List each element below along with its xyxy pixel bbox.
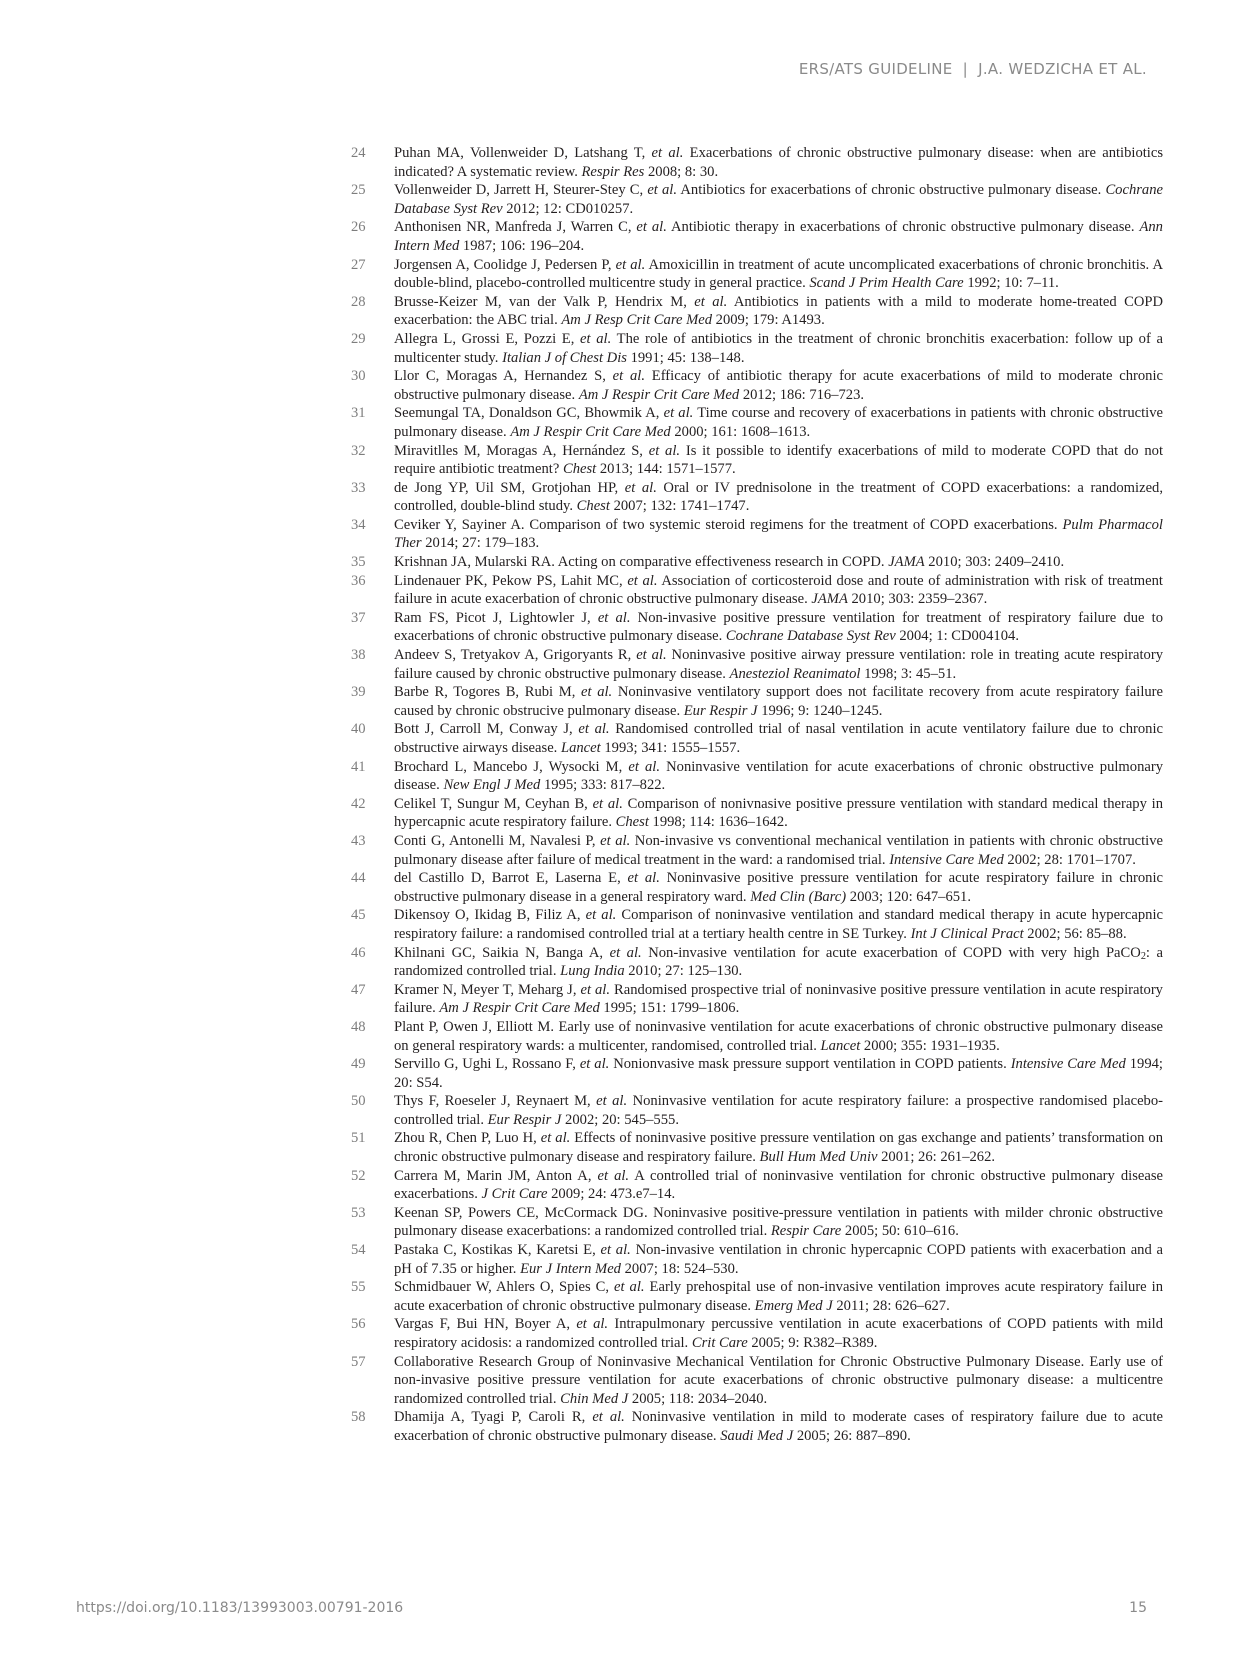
reference-item: 34Ceviker Y, Sayiner A. Comparison of tw… — [351, 516, 1163, 553]
reference-text: Celikel T, Sungur M, Ceyhan B, et al. Co… — [394, 795, 1163, 832]
reference-segment: Allegra L, Grossi E, Pozzi E, — [394, 331, 580, 347]
reference-item: 44del Castillo D, Barrot E, Laserna E, e… — [351, 869, 1163, 906]
reference-italic: Cochrane Database Syst Rev — [726, 628, 896, 644]
reference-item: 46Khilnani GC, Saikia N, Banga A, et al.… — [351, 944, 1163, 981]
reference-number: 31 — [351, 404, 394, 441]
reference-italic: et al. — [541, 1130, 571, 1146]
reference-segment: 1991; 45: 138–148. — [627, 350, 745, 366]
reference-segment: 1995; 151: 1799–1806. — [600, 1000, 739, 1016]
reference-number: 27 — [351, 256, 394, 293]
reference-segment: Puhan MA, Vollenweider D, Latshang T, — [394, 145, 652, 161]
reference-text: Collaborative Research Group of Noninvas… — [394, 1353, 1163, 1409]
reference-italic: et al. — [600, 833, 630, 849]
reference-number: 29 — [351, 330, 394, 367]
reference-italic: Lancet — [561, 740, 601, 756]
reference-segment: Ceviker Y, Sayiner A. Comparison of two … — [394, 517, 1062, 533]
reference-italic: et al. — [598, 1168, 630, 1184]
reference-number: 42 — [351, 795, 394, 832]
reference-number: 44 — [351, 869, 394, 906]
reference-segment: Jorgensen A, Coolidge J, Pedersen P, — [394, 257, 616, 273]
reference-segment: 2000; 161: 1608–1613. — [671, 424, 810, 440]
reference-italic: et al. — [601, 1242, 631, 1258]
reference-italic: Respir Care — [771, 1223, 841, 1239]
reference-segment: Brusse-Keizer M, van der Valk P, Hendrix… — [394, 294, 694, 310]
reference-segment: Celikel T, Sungur M, Ceyhan B, — [394, 796, 593, 812]
reference-segment: Llor C, Moragas A, Hernandez S, — [394, 368, 613, 384]
reference-italic: Saudi Med J — [720, 1428, 793, 1444]
reference-italic: et al. — [636, 647, 666, 663]
reference-number: 56 — [351, 1315, 394, 1352]
reference-segment: Dhamija A, Tyagi P, Caroli R, — [394, 1409, 592, 1425]
reference-italic: Med Clin (Barc) — [750, 889, 846, 905]
reference-number: 33 — [351, 479, 394, 516]
reference-text: Plant P, Owen J, Elliott M. Early use of… — [394, 1018, 1163, 1055]
reference-text: Keenan SP, Powers CE, McCormack DG. Noni… — [394, 1204, 1163, 1241]
reference-text: del Castillo D, Barrot E, Laserna E, et … — [394, 869, 1163, 906]
reference-segment: Collaborative Research Group of Noninvas… — [394, 1354, 1163, 1407]
reference-segment: Zhou R, Chen P, Luo H, — [394, 1130, 541, 1146]
reference-italic: Intensive Care Med — [889, 852, 1004, 868]
reference-text: Schmidbauer W, Ahlers O, Spies C, et al.… — [394, 1278, 1163, 1315]
reference-item: 52Carrera M, Marin JM, Anton A, et al. A… — [351, 1167, 1163, 1204]
reference-italic: et al. — [580, 331, 611, 347]
reference-italic: et al. — [647, 182, 677, 198]
reference-item: 28Brusse-Keizer M, van der Valk P, Hendr… — [351, 293, 1163, 330]
reference-segment: 2013; 144: 1571–1577. — [596, 461, 735, 477]
reference-number: 48 — [351, 1018, 394, 1055]
reference-segment: Ram FS, Picot J, Lightowler J, — [394, 610, 598, 626]
running-head: ERS/ATS GUIDELINE | J.A. WEDZICHA ET AL. — [799, 60, 1147, 78]
reference-italic: et al. — [628, 870, 660, 886]
reference-segment: 1998; 3: 45–51. — [860, 666, 956, 682]
reference-segment: Miravitlles M, Moragas A, Hernández S, — [394, 443, 649, 459]
reference-item: 27Jorgensen A, Coolidge J, Pedersen P, e… — [351, 256, 1163, 293]
reference-italic: Am J Resp Crit Care Med — [561, 312, 712, 328]
reference-segment: Plant P, Owen J, Elliott M. Early use of… — [394, 1019, 1163, 1054]
reference-item: 49Servillo G, Ughi L, Rossano F, et al. … — [351, 1055, 1163, 1092]
reference-number: 32 — [351, 442, 394, 479]
reference-number: 51 — [351, 1129, 394, 1166]
page-number: 15 — [1129, 1600, 1147, 1616]
reference-segment: 2002; 20: 545–555. — [561, 1112, 679, 1128]
reference-text: Jorgensen A, Coolidge J, Pedersen P, et … — [394, 256, 1163, 293]
reference-item: 32Miravitlles M, Moragas A, Hernández S,… — [351, 442, 1163, 479]
reference-segment: Pastaka C, Kostikas K, Karetsi E, — [394, 1242, 601, 1258]
reference-segment: 2000; 355: 1931–1935. — [860, 1038, 999, 1054]
reference-text: Zhou R, Chen P, Luo H, et al. Effects of… — [394, 1129, 1163, 1166]
reference-text: Llor C, Moragas A, Hernandez S, et al. E… — [394, 367, 1163, 404]
reference-text: Dhamija A, Tyagi P, Caroli R, et al. Non… — [394, 1408, 1163, 1445]
reference-text: Thys F, Roeseler J, Reynaert M, et al. N… — [394, 1092, 1163, 1129]
reference-number: 46 — [351, 944, 394, 981]
reference-segment: 2005; 9: R382–R389. — [748, 1335, 878, 1351]
reference-item: 50Thys F, Roeseler J, Reynaert M, et al.… — [351, 1092, 1163, 1129]
reference-italic: et al. — [625, 480, 657, 496]
reference-text: Krishnan JA, Mularski RA. Acting on comp… — [394, 553, 1163, 572]
reference-text: Bott J, Carroll M, Conway J, et al. Rand… — [394, 720, 1163, 757]
reference-segment: Conti G, Antonelli M, Navalesi P, — [394, 833, 600, 849]
reference-segment: 1996; 9: 1240–1245. — [758, 703, 883, 719]
reference-text: Conti G, Antonelli M, Navalesi P, et al.… — [394, 832, 1163, 869]
reference-item: 47Kramer N, Meyer T, Meharg J, et al. Ra… — [351, 981, 1163, 1018]
reference-number: 39 — [351, 683, 394, 720]
reference-italic: JAMA — [888, 554, 924, 570]
reference-italic: Chin Med J — [560, 1391, 628, 1407]
reference-item: 54Pastaka C, Kostikas K, Karetsi E, et a… — [351, 1241, 1163, 1278]
reference-segment: Khilnani GC, Saikia N, Banga A, — [394, 945, 610, 961]
reference-item: 51Zhou R, Chen P, Luo H, et al. Effects … — [351, 1129, 1163, 1166]
reference-italic: et al. — [636, 219, 666, 235]
reference-italic: et al. — [580, 982, 610, 998]
reference-text: Allegra L, Grossi E, Pozzi E, et al. The… — [394, 330, 1163, 367]
reference-text: Pastaka C, Kostikas K, Karetsi E, et al.… — [394, 1241, 1163, 1278]
reference-italic: Scand J Prim Health Care — [809, 275, 963, 291]
reference-segment: Anthonisen NR, Manfreda J, Warren C, — [394, 219, 636, 235]
reference-italic: et al. — [610, 945, 642, 961]
reference-italic: et al. — [616, 257, 646, 273]
reference-number: 37 — [351, 609, 394, 646]
reference-item: 29Allegra L, Grossi E, Pozzi E, et al. T… — [351, 330, 1163, 367]
reference-number: 41 — [351, 758, 394, 795]
reference-segment: Krishnan JA, Mularski RA. Acting on comp… — [394, 554, 888, 570]
reference-number: 49 — [351, 1055, 394, 1092]
reference-text: Lindenauer PK, Pekow PS, Lahit MC, et al… — [394, 572, 1163, 609]
reference-segment: 1995; 333: 817–822. — [540, 777, 665, 793]
reference-item: 56Vargas F, Bui HN, Boyer A, et al. Intr… — [351, 1315, 1163, 1352]
reference-italic: et al. — [664, 405, 694, 421]
reference-italic: et al. — [694, 294, 727, 310]
reference-italic: et al. — [596, 1093, 627, 1109]
reference-segment: Bott J, Carroll M, Conway J, — [394, 721, 578, 737]
reference-italic: Am J Respir Crit Care Med — [510, 424, 670, 440]
reference-italic: et al. — [593, 796, 623, 812]
reference-text: Brochard L, Mancebo J, Wysocki M, et al.… — [394, 758, 1163, 795]
reference-number: 47 — [351, 981, 394, 1018]
reference-italic: et al. — [613, 368, 645, 384]
reference-number: 30 — [351, 367, 394, 404]
reference-number: 38 — [351, 646, 394, 683]
reference-text: Barbe R, Togores B, Rubi M, et al. Nonin… — [394, 683, 1163, 720]
reference-text: Ram FS, Picot J, Lightowler J, et al. No… — [394, 609, 1163, 646]
reference-italic: Anesteziol Reanimatol — [730, 666, 861, 682]
reference-italic: et al. — [586, 907, 617, 923]
reference-segment: 2009; 24: 473.e7–14. — [547, 1186, 675, 1202]
reference-italic: et al. — [652, 145, 684, 161]
reference-italic: Respir Res — [582, 164, 645, 180]
reference-italic: Chest — [563, 461, 596, 477]
reference-number: 26 — [351, 218, 394, 255]
reference-italic: Eur Respir J — [684, 703, 758, 719]
reference-number: 58 — [351, 1408, 394, 1445]
reference-text: Ceviker Y, Sayiner A. Comparison of two … — [394, 516, 1163, 553]
reference-number: 43 — [351, 832, 394, 869]
reference-number: 45 — [351, 906, 394, 943]
reference-italic: J Crit Care — [482, 1186, 548, 1202]
reference-segment: 1987; 106: 196–204. — [459, 238, 584, 254]
reference-segment: Carrera M, Marin JM, Anton A, — [394, 1168, 598, 1184]
reference-italic: et al. — [581, 684, 612, 700]
reference-item: 31Seemungal TA, Donaldson GC, Bhowmik A,… — [351, 404, 1163, 441]
reference-segment: 2007; 18: 524–530. — [621, 1261, 739, 1277]
reference-italic: JAMA — [811, 591, 847, 607]
reference-italic: et al. — [628, 759, 660, 775]
reference-segment: Antibiotics for exacerbations of chronic… — [677, 182, 1105, 198]
reference-italic: Int J Clinical Pract — [911, 926, 1024, 942]
reference-segment: Schmidbauer W, Ahlers O, Spies C, — [394, 1279, 614, 1295]
reference-segment: de Jong YP, Uil SM, Grotjohan HP, — [394, 480, 625, 496]
reference-italic: Lung India — [560, 963, 624, 979]
reference-italic: et al. — [592, 1409, 625, 1425]
reference-segment: Non-invasive ventilation for acute exace… — [642, 945, 1141, 961]
reference-text: Andeev S, Tretyakov A, Grigoryants R, et… — [394, 646, 1163, 683]
reference-segment: 2008; 8: 30. — [644, 164, 718, 180]
reference-item: 48Plant P, Owen J, Elliott M. Early use … — [351, 1018, 1163, 1055]
reference-item: 45Dikensoy O, Ikidag B, Filiz A, et al. … — [351, 906, 1163, 943]
reference-segment: 1992; 10: 7–11. — [964, 275, 1059, 291]
reference-segment: 2001; 26: 261–262. — [877, 1149, 995, 1165]
reference-item: 58Dhamija A, Tyagi P, Caroli R, et al. N… — [351, 1408, 1163, 1445]
reference-item: 24Puhan MA, Vollenweider D, Latshang T, … — [351, 144, 1163, 181]
reference-segment: 2011; 28: 626–627. — [833, 1298, 950, 1314]
reference-text: Anthonisen NR, Manfreda J, Warren C, et … — [394, 218, 1163, 255]
reference-segment: 2007; 132: 1741–1747. — [610, 498, 749, 514]
reference-segment: 2004; 1: CD004104. — [896, 628, 1019, 644]
reference-segment: Lindenauer PK, Pekow PS, Lahit MC, — [394, 573, 627, 589]
reference-segment: 2010; 303: 2359–2367. — [848, 591, 987, 607]
reference-segment: 2005; 50: 610–616. — [841, 1223, 959, 1239]
reference-item: 41Brochard L, Mancebo J, Wysocki M, et a… — [351, 758, 1163, 795]
reference-segment: 2010; 303: 2409–2410. — [925, 554, 1064, 570]
reference-segment: 2012; 12: CD010257. — [503, 201, 634, 217]
reference-segment: 2002; 28: 1701–1707. — [1004, 852, 1136, 868]
reference-segment: Vollenweider D, Jarrett H, Steurer-Stey … — [394, 182, 647, 198]
reference-item: 26Anthonisen NR, Manfreda J, Warren C, e… — [351, 218, 1163, 255]
reference-segment: 2005; 26: 887–890. — [793, 1428, 911, 1444]
reference-item: 55Schmidbauer W, Ahlers O, Spies C, et a… — [351, 1278, 1163, 1315]
reference-italic: Lancet — [821, 1038, 861, 1054]
reference-segment: Kramer N, Meyer T, Meharg J, — [394, 982, 580, 998]
reference-number: 40 — [351, 720, 394, 757]
reference-segment: Thys F, Roeseler J, Reynaert M, — [394, 1093, 596, 1109]
reference-number: 24 — [351, 144, 394, 181]
reference-segment: 2002; 56: 85–88. — [1024, 926, 1127, 942]
reference-item: 36Lindenauer PK, Pekow PS, Lahit MC, et … — [351, 572, 1163, 609]
reference-text: Brusse-Keizer M, van der Valk P, Hendrix… — [394, 293, 1163, 330]
reference-item: 25Vollenweider D, Jarrett H, Steurer-Ste… — [351, 181, 1163, 218]
reference-text: de Jong YP, Uil SM, Grotjohan HP, et al.… — [394, 479, 1163, 516]
reference-segment: Brochard L, Mancebo J, Wysocki M, — [394, 759, 628, 775]
reference-list: 24Puhan MA, Vollenweider D, Latshang T, … — [351, 144, 1163, 1446]
reference-italic: et al. — [598, 610, 631, 626]
reference-segment: Seemungal TA, Donaldson GC, Bhowmik A, — [394, 405, 664, 421]
reference-italic: Chest — [577, 498, 610, 514]
reference-number: 28 — [351, 293, 394, 330]
reference-item: 39Barbe R, Togores B, Rubi M, et al. Non… — [351, 683, 1163, 720]
reference-italic: et al. — [614, 1279, 645, 1295]
reference-italic: et al. — [576, 1316, 608, 1332]
reference-text: Carrera M, Marin JM, Anton A, et al. A c… — [394, 1167, 1163, 1204]
reference-number: 34 — [351, 516, 394, 553]
reference-number: 50 — [351, 1092, 394, 1129]
reference-italic: et al. — [580, 1056, 609, 1072]
reference-italic: et al. — [578, 721, 609, 737]
reference-text: Seemungal TA, Donaldson GC, Bhowmik A, e… — [394, 404, 1163, 441]
reference-number: 57 — [351, 1353, 394, 1409]
reference-segment: Antibiotic therapy in exacerbations of c… — [667, 219, 1140, 235]
reference-text: Kramer N, Meyer T, Meharg J, et al. Rand… — [394, 981, 1163, 1018]
reference-text: Puhan MA, Vollenweider D, Latshang T, et… — [394, 144, 1163, 181]
reference-segment: 2003; 120: 647–651. — [846, 889, 971, 905]
doi-link[interactable]: https://doi.org/10.1183/13993003.00791-2… — [76, 1600, 403, 1616]
reference-italic: Am J Respir Crit Care Med — [439, 1000, 599, 1016]
reference-item: 57Collaborative Research Group of Noninv… — [351, 1353, 1163, 1409]
reference-item: 53Keenan SP, Powers CE, McCormack DG. No… — [351, 1204, 1163, 1241]
reference-segment: Nonionvasive mask pressure support venti… — [609, 1056, 1010, 1072]
reference-text: Vollenweider D, Jarrett H, Steurer-Stey … — [394, 181, 1163, 218]
reference-number: 25 — [351, 181, 394, 218]
reference-item: 30Llor C, Moragas A, Hernandez S, et al.… — [351, 367, 1163, 404]
reference-segment: Vargas F, Bui HN, Boyer A, — [394, 1316, 576, 1332]
reference-text: Vargas F, Bui HN, Boyer A, et al. Intrap… — [394, 1315, 1163, 1352]
reference-italic: Eur J Intern Med — [520, 1261, 621, 1277]
reference-segment: Dikensoy O, Ikidag B, Filiz A, — [394, 907, 586, 923]
reference-italic: Crit Care — [692, 1335, 748, 1351]
reference-item: 42Celikel T, Sungur M, Ceyhan B, et al. … — [351, 795, 1163, 832]
reference-italic: Bull Hum Med Univ — [760, 1149, 878, 1165]
reference-italic: et al. — [627, 573, 657, 589]
reference-item: 38Andeev S, Tretyakov A, Grigoryants R, … — [351, 646, 1163, 683]
reference-italic: New Engl J Med — [443, 777, 540, 793]
reference-segment: 2014; 27: 179–183. — [422, 535, 540, 551]
reference-italic: Am J Respir Crit Care Med — [579, 387, 739, 403]
reference-segment: 1993; 341: 1555–1557. — [601, 740, 740, 756]
reference-italic: Intensive Care Med — [1011, 1056, 1126, 1072]
reference-italic: Chest — [616, 814, 649, 830]
reference-segment: 2012; 186: 716–723. — [739, 387, 864, 403]
reference-number: 36 — [351, 572, 394, 609]
reference-item: 37Ram FS, Picot J, Lightowler J, et al. … — [351, 609, 1163, 646]
reference-number: 35 — [351, 553, 394, 572]
reference-item: 40Bott J, Carroll M, Conway J, et al. Ra… — [351, 720, 1163, 757]
reference-segment: Barbe R, Togores B, Rubi M, — [394, 684, 581, 700]
reference-number: 52 — [351, 1167, 394, 1204]
reference-segment: del Castillo D, Barrot E, Laserna E, — [394, 870, 628, 886]
reference-text: Khilnani GC, Saikia N, Banga A, et al. N… — [394, 944, 1163, 981]
reference-number: 53 — [351, 1204, 394, 1241]
reference-number: 54 — [351, 1241, 394, 1278]
reference-italic: Emerg Med J — [755, 1298, 833, 1314]
reference-text: Dikensoy O, Ikidag B, Filiz A, et al. Co… — [394, 906, 1163, 943]
reference-segment: 2010; 27: 125–130. — [625, 963, 743, 979]
reference-segment: 2005; 118: 2034–2040. — [628, 1391, 767, 1407]
reference-item: 33de Jong YP, Uil SM, Grotjohan HP, et a… — [351, 479, 1163, 516]
reference-item: 43Conti G, Antonelli M, Navalesi P, et a… — [351, 832, 1163, 869]
reference-item: 35Krishnan JA, Mularski RA. Acting on co… — [351, 553, 1163, 572]
reference-number: 55 — [351, 1278, 394, 1315]
reference-italic: et al. — [649, 443, 680, 459]
reference-italic: Eur Respir J — [488, 1112, 562, 1128]
reference-segment: 2009; 179: A1493. — [712, 312, 825, 328]
reference-text: Servillo G, Ughi L, Rossano F, et al. No… — [394, 1055, 1163, 1092]
reference-text: Miravitlles M, Moragas A, Hernández S, e… — [394, 442, 1163, 479]
reference-segment: Andeev S, Tretyakov A, Grigoryants R, — [394, 647, 636, 663]
reference-segment: 1998; 114: 1636–1642. — [649, 814, 788, 830]
reference-segment: Servillo G, Ughi L, Rossano F, — [394, 1056, 580, 1072]
reference-italic: Italian J of Chest Dis — [502, 350, 627, 366]
